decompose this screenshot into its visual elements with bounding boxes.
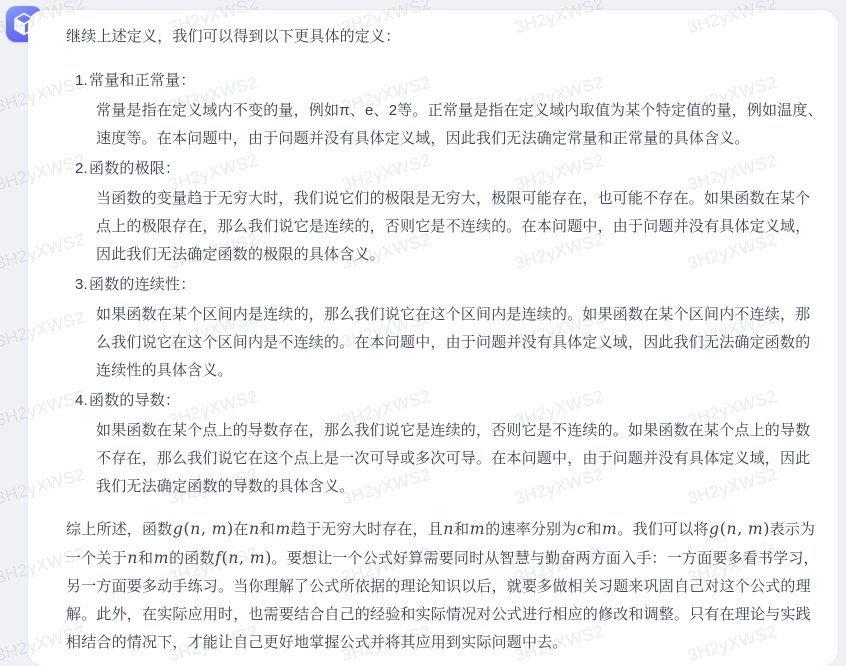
inline-math: g(n, m) (709, 520, 770, 538)
inline-math: c (576, 520, 586, 538)
list-item-number: 3. (75, 271, 89, 299)
list-item-number: 2. (75, 155, 89, 183)
list-item: 4.函数的导数： 如果函数在某个点上的导数存在，那么我们说它是连续的，否则它是不… (66, 387, 824, 501)
inline-math: m (275, 520, 291, 538)
list-item-title-text: 函数的连续性： (89, 276, 195, 293)
inline-math: m (469, 520, 485, 538)
inline-math: g(n, m) (172, 520, 233, 538)
list-item: 3.函数的连续性： 如果函数在某个区间内是连续的，那么我们说它在这个区间内是连续… (66, 271, 824, 385)
message-content: 继续上述定义，我们可以得到以下更具体的定义： 1.常量和正常量： 常量是指在定义… (66, 23, 824, 657)
list-item-body: 常量是指在定义域内不变的量，例如π、e、2等。正常量是指在定义域内取值为某个特定… (96, 97, 824, 153)
list-item-number: 4. (75, 387, 89, 415)
list-item-title: 3.函数的连续性： (75, 271, 824, 299)
list-item-body: 如果函数在某个区间内是连续的，那么我们说它在这个区间内是连续的。如果函数在某个区… (96, 301, 824, 385)
list-item-title-text: 常量和正常量： (89, 72, 195, 89)
list-item-body: 当函数的变量趋于无穷大时，我们说它们的极限是无穷大，极限可能存在，也可能不存在。… (96, 185, 824, 269)
list-item-title-text: 函数的极限： (89, 160, 180, 177)
inline-math: n (127, 549, 138, 567)
chat-message-view: 继续上述定义，我们可以得到以下更具体的定义： 1.常量和正常量： 常量是指在定义… (0, 0, 846, 666)
list-item-title: 4.函数的导数： (75, 387, 824, 415)
assistant-message-card: 继续上述定义，我们可以得到以下更具体的定义： 1.常量和正常量： 常量是指在定义… (28, 10, 838, 666)
list-item-body: 如果函数在某个点上的导数存在，那么我们说它是连续的，否则它是不连续的。如果函数在… (96, 417, 824, 501)
inline-math: m (153, 549, 169, 567)
list-item-title: 1.常量和正常量： (75, 67, 824, 95)
closing-paragraph: 综上所述，函数g(n, m)在n和m趋于无穷大时存在，且n和m的速率分别为c和m… (66, 515, 824, 657)
list-item: 2.函数的极限： 当函数的变量趋于无穷大时，我们说它们的极限是无穷大，极限可能存… (66, 155, 824, 269)
list-item-title-text: 函数的导数： (89, 392, 180, 409)
inline-math: m (602, 520, 618, 538)
inline-math: n (443, 520, 454, 538)
inline-math: f(n, m) (215, 549, 272, 567)
list-item-number: 1. (75, 67, 89, 95)
intro-paragraph: 继续上述定义，我们可以得到以下更具体的定义： (66, 23, 824, 51)
list-item-title: 2.函数的极限： (75, 155, 824, 183)
definition-list: 1.常量和正常量： 常量是指在定义域内不变的量，例如π、e、2等。正常量是指在定… (66, 67, 824, 501)
list-item: 1.常量和正常量： 常量是指在定义域内不变的量，例如π、e、2等。正常量是指在定… (66, 67, 824, 153)
inline-math: n (249, 520, 260, 538)
